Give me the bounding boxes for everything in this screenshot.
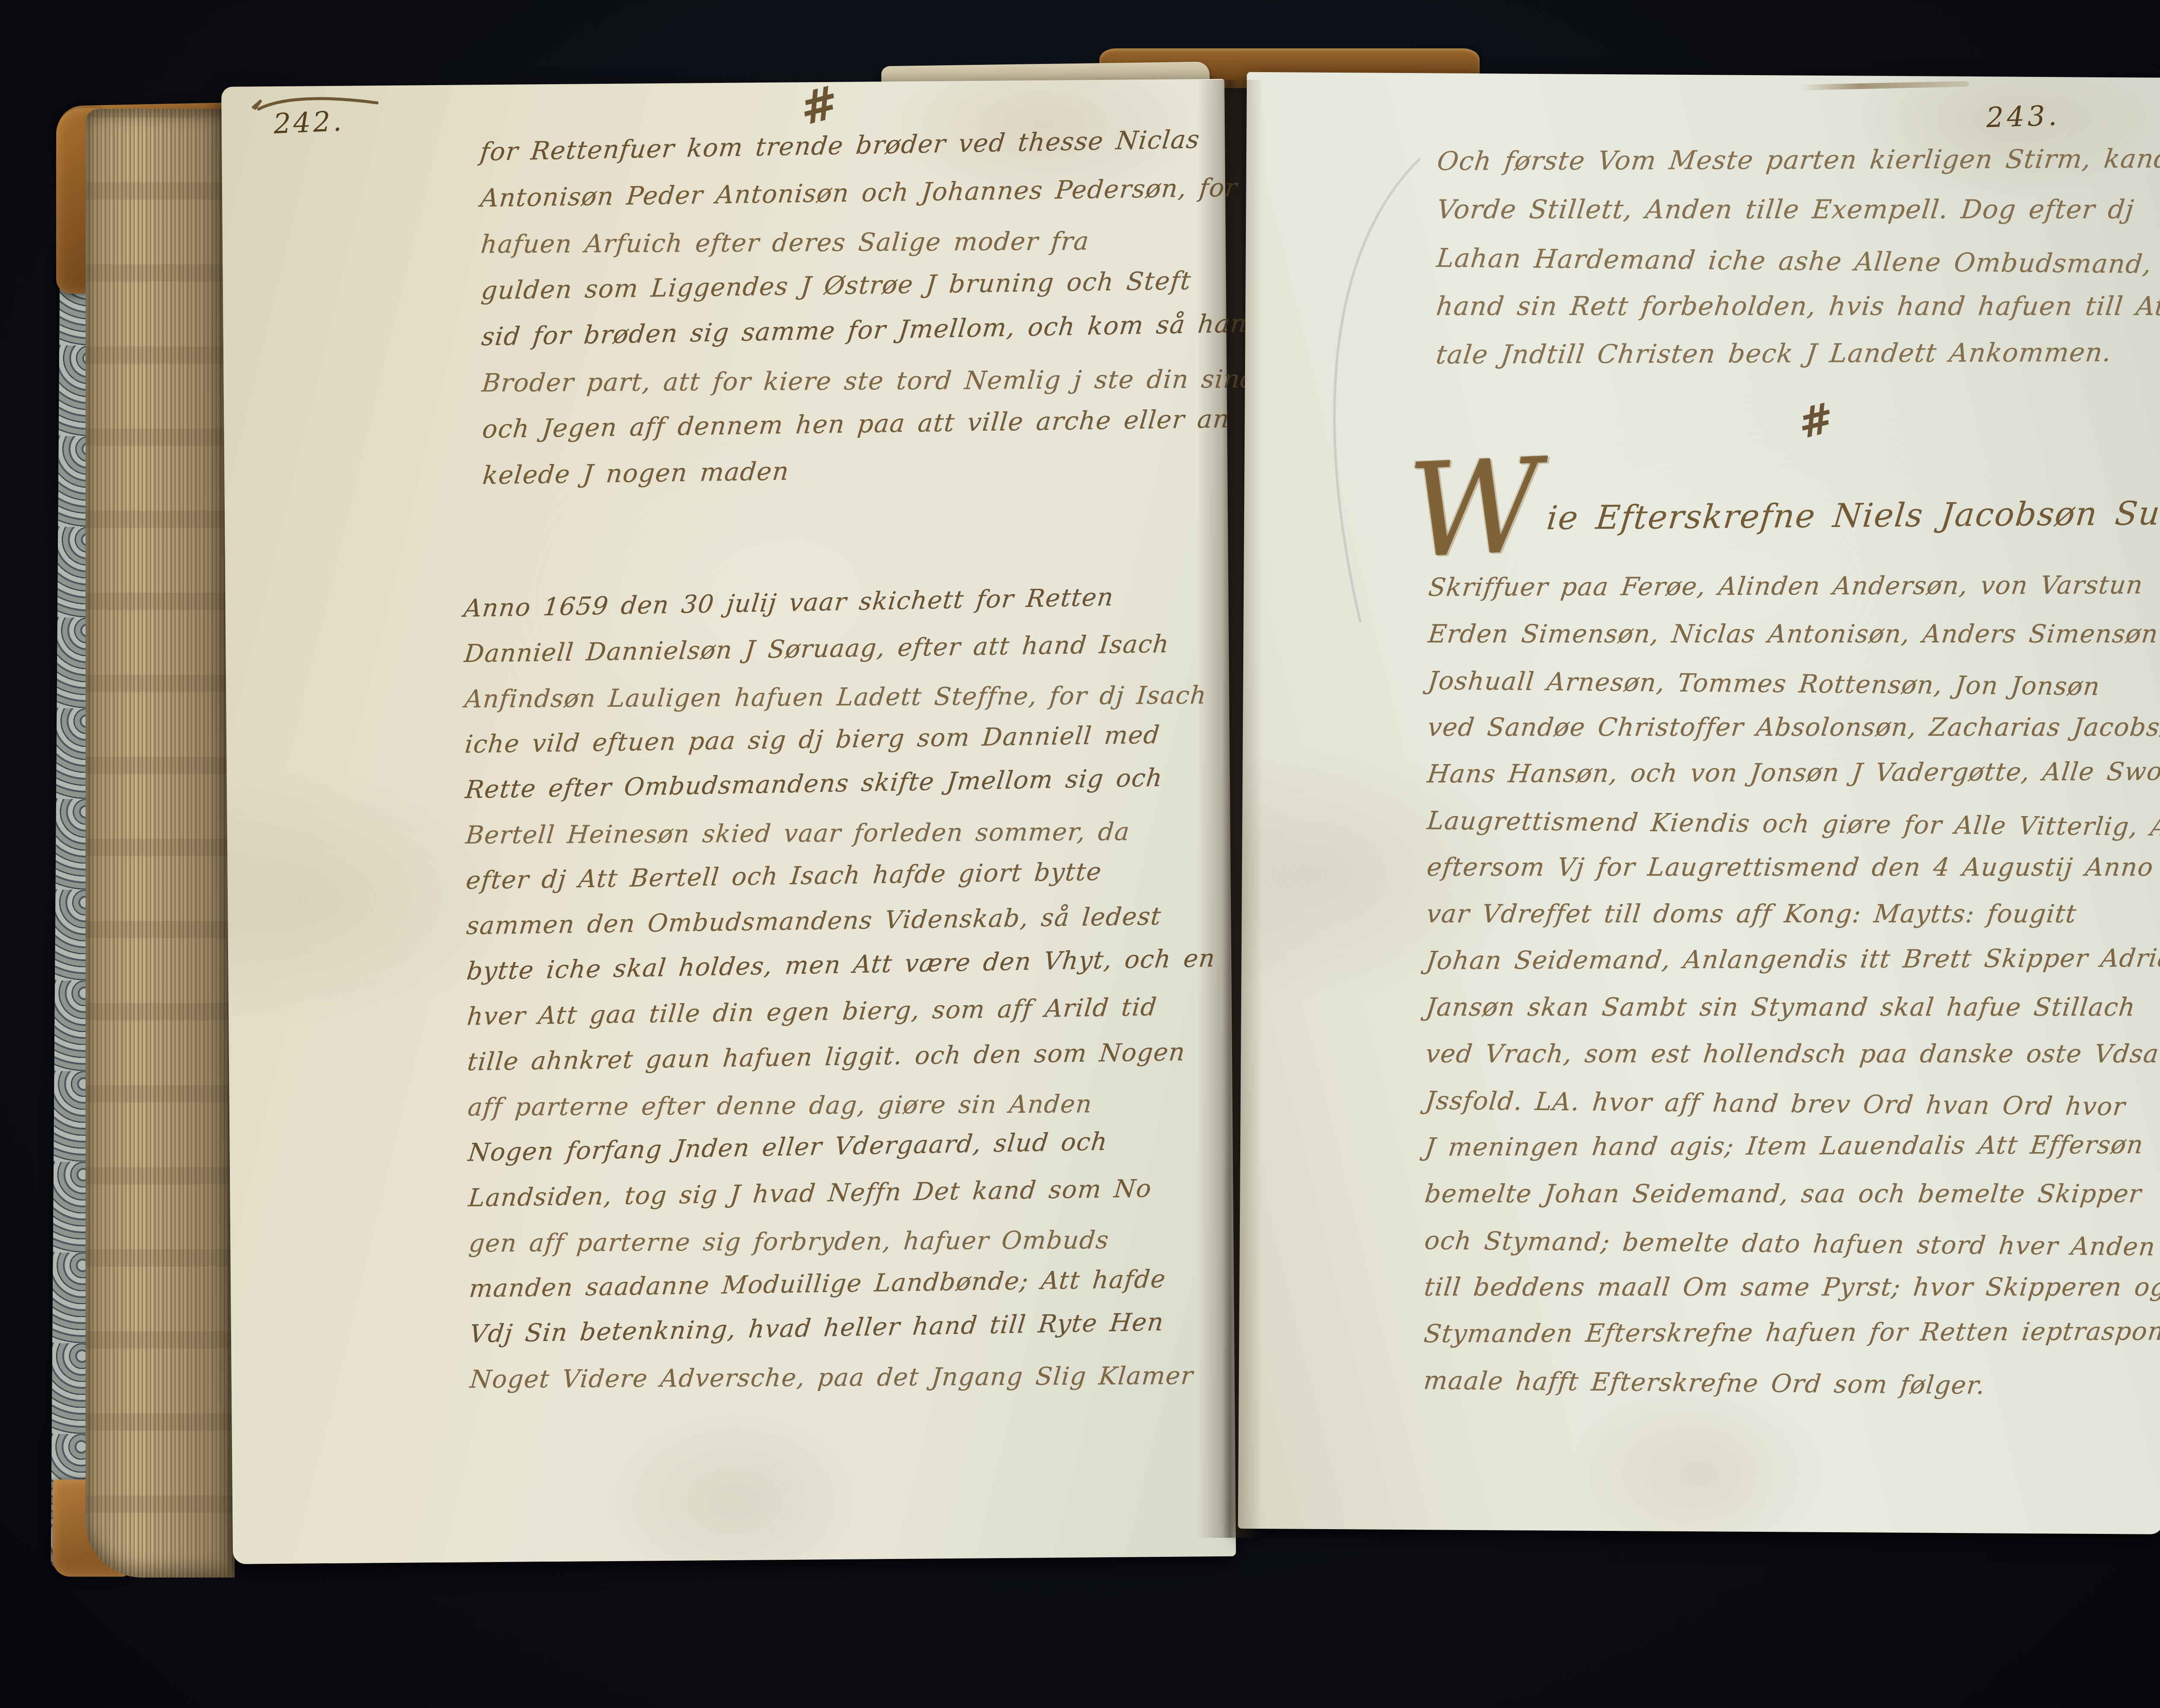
ghost-crease-stroke (1333, 159, 1419, 622)
right-heading-line: ie Efterskrefne Niels Jacobsøn Suaren (1545, 493, 2160, 537)
photo-background: { "colors": { "background": "#0d0f16", "… (0, 0, 2160, 1708)
manuscript-line: till beddens maall Om same Pyrst; hvor S… (1422, 1264, 2160, 1310)
manuscript-line: tale Jndtill Christen beck J Landett Ank… (1433, 328, 2160, 379)
section-mark-right: # (1796, 392, 1836, 449)
manuscript-line: Jansøn skan Sambt sin Stymand skal hafue… (1423, 984, 2160, 1030)
manuscript-line: hand sin Rett forbeholden, hvis hand haf… (1434, 283, 2160, 331)
left-paragraph-1: for Rettenfuer kom trende brøder ved the… (480, 123, 1261, 498)
pen-flourish-right (1801, 81, 1969, 91)
manuscript-line: maale hafft Efterskrefne Ord som følger. (1422, 1357, 2160, 1410)
manuscript-line: J meningen hand agis; Item Lauendalis At… (1423, 1121, 2160, 1170)
manuscript-line: Skriffuer paa Ferøe, Alinden Andersøn, v… (1426, 561, 2160, 610)
left-page-stack-fore-edge (86, 109, 235, 1578)
right-page-number: 243. (1986, 100, 2061, 134)
manuscript-line: Johan Seidemand, Anlangendis itt Brett S… (1423, 934, 2160, 984)
manuscript-line: Noget Videre Adversche, paa det Jngang S… (468, 1353, 1220, 1402)
ornate-initial-w: W (1406, 445, 1544, 572)
right-paragraph-1: Och første Vom Meste parten kierligen St… (1436, 137, 2160, 384)
manuscript-line: ved Vrach, som est hollendsch paa danske… (1423, 1030, 2160, 1077)
left-page: 242. # for Rettenfuer kom trende brøder … (221, 79, 1236, 1564)
manuscript-line: Joshuall Arnesøn, Tommes Rottensøn, Jon … (1426, 657, 2160, 711)
manuscript-line: var Vdreffet till doms aff Kong: Maytts:… (1424, 890, 2160, 937)
manuscript-line: Hans Hansøn, och von Jonsøn J Vadergøtte… (1425, 748, 2160, 797)
manuscript-line: Och første Vom Meste parten kierligen St… (1434, 134, 2160, 186)
manuscript-line: Erden Simensøn, Niclas Antonisøn, Anders… (1426, 610, 2160, 657)
manuscript-line: och Stymand; bemelte dato hafuen stord h… (1423, 1217, 2160, 1270)
manuscript-line: eftersom Vj for Laugrettismend den 4 Aug… (1424, 844, 2160, 890)
manuscript-line: Laugrettismend Kiendis och giøre for All… (1425, 797, 2160, 851)
manuscript-line: ved Sandøe Christoffer Absolonsøn, Zacha… (1425, 704, 2160, 750)
manuscript-line: Vorde Stillett, Anden tille Exempell. Do… (1434, 186, 2160, 234)
manuscript-line: Lahan Hardemand iche ashe Allene Ombudsm… (1434, 234, 2160, 289)
right-page: 243. Och første Vom Meste parten kierlig… (1238, 72, 2160, 1534)
left-page-number: 242. (273, 105, 344, 140)
manuscript-line: Stymanden Efterskrefne hafuen for Retten… (1421, 1308, 2160, 1357)
manuscript-line: bemelte Johan Seidemand, saa och bemelte… (1423, 1170, 2160, 1217)
left-paragraph-2: Anno 1659 den 30 julij vaar skichett for… (464, 580, 1218, 1403)
right-paragraph-2: Skriffuer paa Ferøe, Alinden Andersøn, v… (1423, 564, 2160, 1408)
